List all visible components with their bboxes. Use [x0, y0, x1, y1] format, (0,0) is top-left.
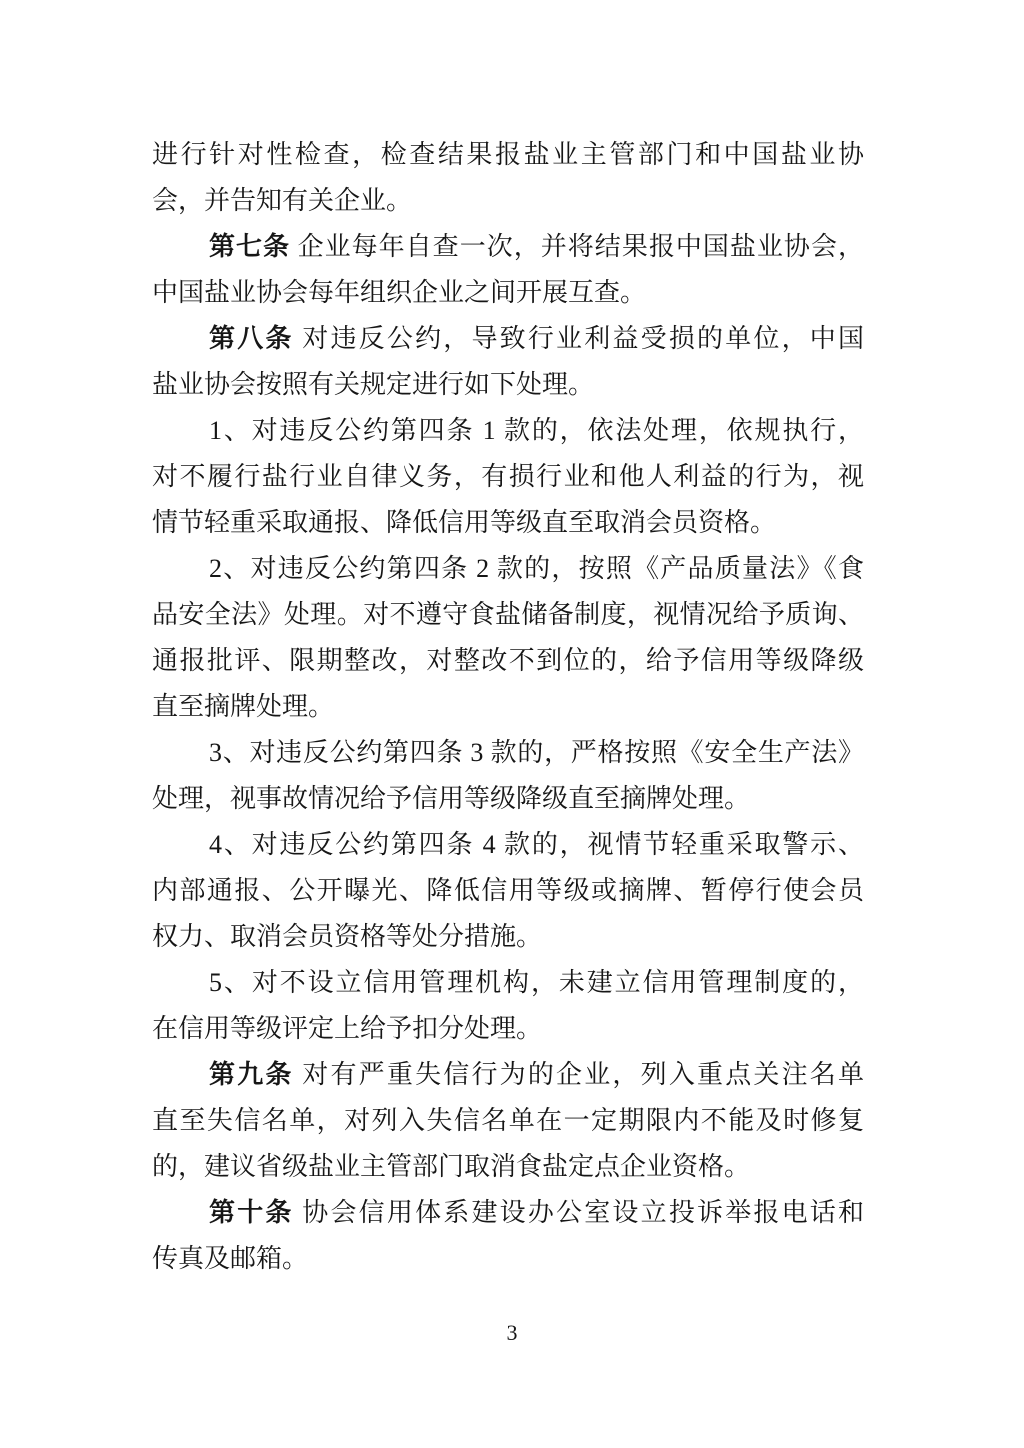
text-segment: 对不履行盐行业自律义务，有损行业和他人利益的行为，视: [152, 462, 864, 491]
text-line: 中国盐业协会每年组织企业之间开展互查。: [152, 270, 864, 316]
text-segment: 情节轻重采取通报、降低信用等级直至取消会员资格。: [152, 508, 776, 537]
text-segment: 1、对违反公约第四条 1 款的，依法处理，依规执行，: [209, 416, 864, 445]
text-segment: 中国盐业协会每年组织企业之间开展互查。: [152, 278, 646, 307]
text-line: 直至失信名单，对列入失信名单在一定期限内不能及时修复: [152, 1098, 864, 1144]
text-segment: 4、对违反公约第四条 4 款的，视情节轻重采取警示、: [209, 830, 864, 859]
text-segment: 处理，视事故情况给予信用等级降级直至摘牌处理。: [152, 784, 750, 813]
article-heading: 第十条: [209, 1198, 294, 1227]
article-heading: 第七条: [209, 232, 290, 261]
text-segment: 盐业协会按照有关规定进行如下处理。: [152, 370, 594, 399]
text-line: 第十条 协会信用体系建设办公室设立投诉举报电话和: [152, 1190, 864, 1236]
text-line: 情节轻重采取通报、降低信用等级直至取消会员资格。: [152, 500, 864, 546]
text-line: 第七条 企业每年自查一次，并将结果报中国盐业协会，: [152, 224, 864, 270]
article-heading: 第九条: [209, 1060, 294, 1089]
text-line: 在信用等级评定上给予扣分处理。: [152, 1006, 864, 1052]
text-line: 通报批评、限期整改，对整改不到位的，给予信用等级降级: [152, 638, 864, 684]
paragraph: 第七条 企业每年自查一次，并将结果报中国盐业协会，中国盐业协会每年组织企业之间开…: [152, 224, 864, 316]
paragraph: 1、对违反公约第四条 1 款的，依法处理，依规执行，对不履行盐行业自律义务，有损…: [152, 408, 864, 546]
text-line: 传真及邮箱。: [152, 1236, 864, 1282]
text-line: 品安全法》处理。对不遵守食盐储备制度，视情况给予质询、: [152, 592, 864, 638]
paragraph: 2、对违反公约第四条 2 款的，按照《产品质量法》《食品安全法》处理。对不遵守食…: [152, 546, 864, 730]
text-line: 内部通报、公开曝光、降低信用等级或摘牌、暂停行使会员: [152, 868, 864, 914]
text-segment: 品安全法》处理。对不遵守食盐储备制度，视情况给予质询、: [152, 600, 864, 629]
text-segment: 3、对违反公约第四条 3 款的，严格按照《安全生产法》: [209, 738, 864, 767]
text-segment: 直至失信名单，对列入失信名单在一定期限内不能及时修复: [152, 1106, 864, 1135]
text-line: 5、对不设立信用管理机构，未建立信用管理制度的，: [152, 960, 864, 1006]
text-line: 2、对违反公约第四条 2 款的，按照《产品质量法》《食: [152, 546, 864, 592]
text-line: 处理，视事故情况给予信用等级降级直至摘牌处理。: [152, 776, 864, 822]
text-segment: 企业每年自查一次，并将结果报中国盐业协会，: [290, 232, 864, 261]
text-segment: 传真及邮箱。: [152, 1244, 308, 1273]
page-number: 3: [0, 1318, 1024, 1348]
text-line: 第八条 对违反公约，导致行业利益受损的单位，中国: [152, 316, 864, 362]
page-background: { "colors": { "background": "#ffffff", "…: [0, 0, 1024, 1448]
text-segment: 5、对不设立信用管理机构，未建立信用管理制度的，: [209, 968, 864, 997]
paragraph: 第十条 协会信用体系建设办公室设立投诉举报电话和传真及邮箱。: [152, 1190, 864, 1282]
text-line: 权力、取消会员资格等处分措施。: [152, 914, 864, 960]
paragraph: 第八条 对违反公约，导致行业利益受损的单位，中国盐业协会按照有关规定进行如下处理…: [152, 316, 864, 408]
text-segment: 内部通报、公开曝光、降低信用等级或摘牌、暂停行使会员: [152, 876, 864, 905]
text-line: 盐业协会按照有关规定进行如下处理。: [152, 362, 864, 408]
text-line: 1、对违反公约第四条 1 款的，依法处理，依规执行，: [152, 408, 864, 454]
paragraph: 3、对违反公约第四条 3 款的，严格按照《安全生产法》处理，视事故情况给予信用等…: [152, 730, 864, 822]
article-heading: 第八条: [209, 324, 294, 353]
paragraph: 进行针对性检查，检查结果报盐业主管部门和中国盐业协会，并告知有关企业。: [152, 132, 864, 224]
paragraph: 5、对不设立信用管理机构，未建立信用管理制度的，在信用等级评定上给予扣分处理。: [152, 960, 864, 1052]
text-segment: 会，并告知有关企业。: [152, 186, 412, 215]
document-body: 进行针对性检查，检查结果报盐业主管部门和中国盐业协会，并告知有关企业。第七条 企…: [152, 132, 864, 1282]
text-segment: 通报批评、限期整改，对整改不到位的，给予信用等级降级: [152, 646, 864, 675]
text-segment: 2、对违反公约第四条 2 款的，按照《产品质量法》《食: [209, 554, 864, 583]
document-page: 进行针对性检查，检查结果报盐业主管部门和中国盐业协会，并告知有关企业。第七条 企…: [0, 0, 1024, 1448]
paragraph: 第九条 对有严重失信行为的企业，列入重点关注名单直至失信名单，对列入失信名单在一…: [152, 1052, 864, 1190]
text-segment: 进行针对性检查，检查结果报盐业主管部门和中国盐业协: [152, 140, 864, 169]
text-line: 进行针对性检查，检查结果报盐业主管部门和中国盐业协: [152, 132, 864, 178]
text-segment: 对有严重失信行为的企业，列入重点关注名单: [294, 1060, 864, 1089]
text-line: 会，并告知有关企业。: [152, 178, 864, 224]
text-line: 3、对违反公约第四条 3 款的，严格按照《安全生产法》: [152, 730, 864, 776]
text-line: 直至摘牌处理。: [152, 684, 864, 730]
text-line: 第九条 对有严重失信行为的企业，列入重点关注名单: [152, 1052, 864, 1098]
text-line: 4、对违反公约第四条 4 款的，视情节轻重采取警示、: [152, 822, 864, 868]
text-segment: 在信用等级评定上给予扣分处理。: [152, 1014, 542, 1043]
text-line: 的，建议省级盐业主管部门取消食盐定点企业资格。: [152, 1144, 864, 1190]
text-segment: 权力、取消会员资格等处分措施。: [152, 922, 542, 951]
text-segment: 的，建议省级盐业主管部门取消食盐定点企业资格。: [152, 1152, 750, 1181]
text-segment: 直至摘牌处理。: [152, 692, 334, 721]
text-segment: 对违反公约，导致行业利益受损的单位，中国: [294, 324, 864, 353]
text-segment: 协会信用体系建设办公室设立投诉举报电话和: [294, 1198, 864, 1227]
paragraph: 4、对违反公约第四条 4 款的，视情节轻重采取警示、内部通报、公开曝光、降低信用…: [152, 822, 864, 960]
text-line: 对不履行盐行业自律义务，有损行业和他人利益的行为，视: [152, 454, 864, 500]
